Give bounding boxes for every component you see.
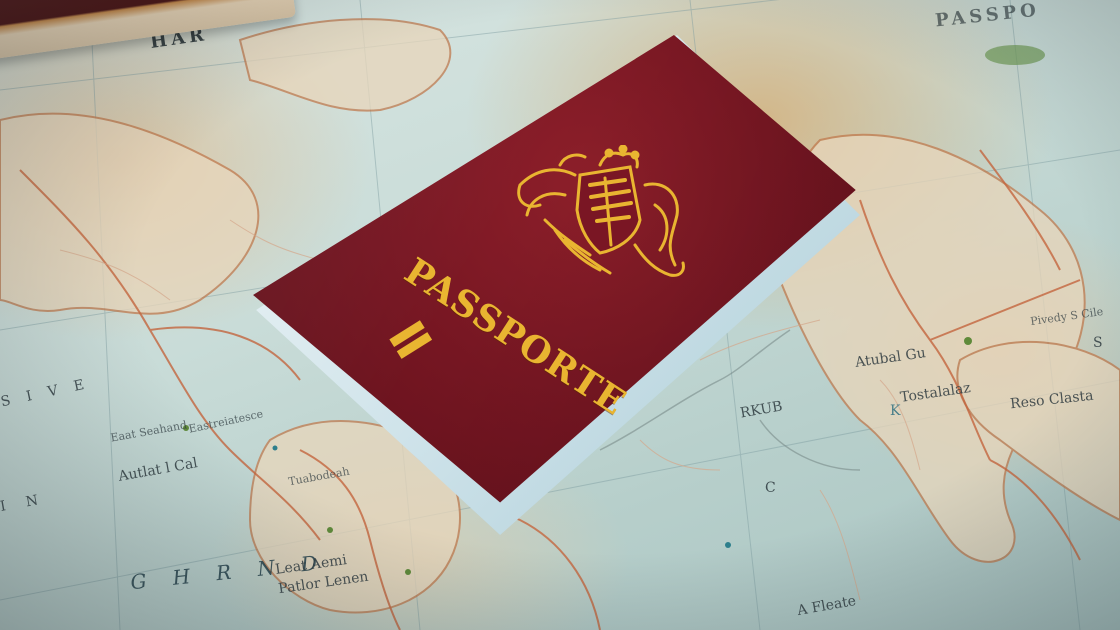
coat-of-arms-icon	[505, 145, 695, 285]
map-label: K	[890, 403, 900, 419]
map-label: S	[1093, 335, 1103, 351]
biometric-chip-icon	[387, 320, 435, 360]
passport: PASSPORTE	[250, 35, 860, 535]
photo-scene: HAR G H R N D S I V E I N RKUB Atubal Gu…	[0, 0, 1120, 630]
